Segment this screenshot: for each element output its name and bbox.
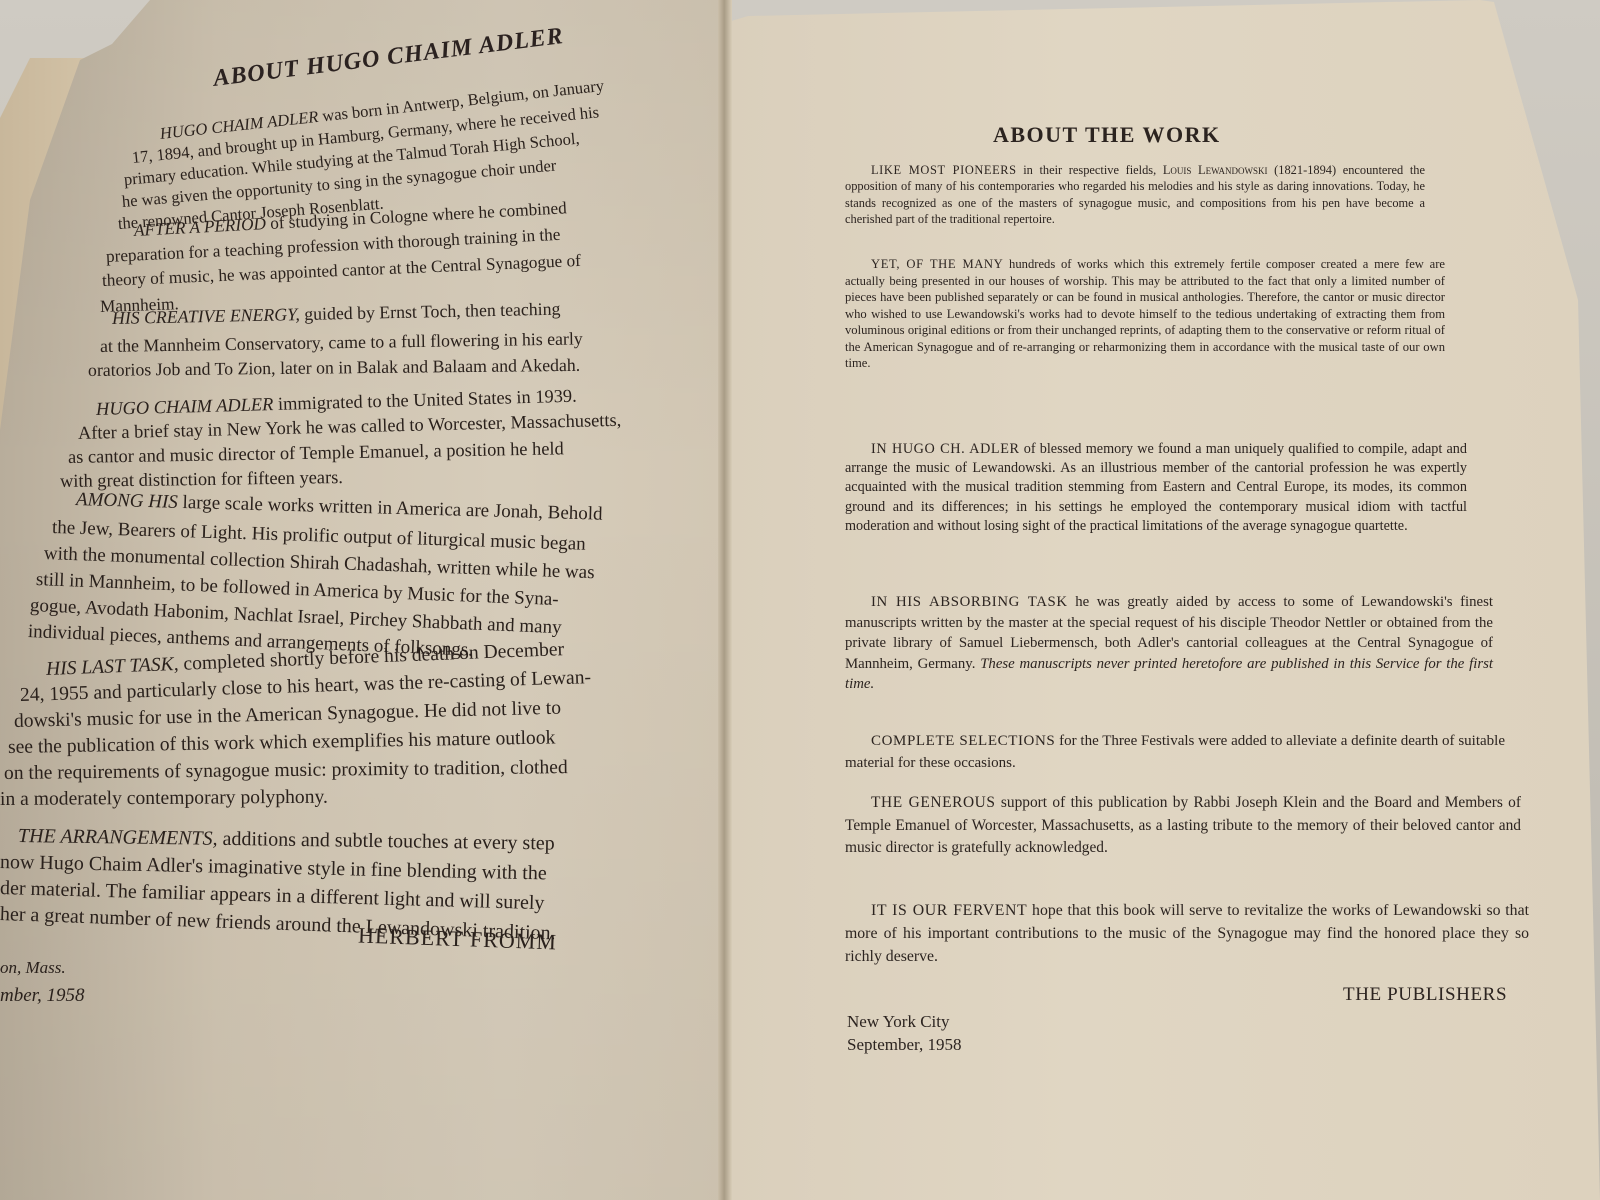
right-page-signature: THE PUBLISHERS <box>1343 984 1507 1006</box>
paragraph-lead: AMONG HIS <box>76 489 178 513</box>
text-line: HIS CREATIVE ENERGY, guided by Ernst Toc… <box>112 301 561 328</box>
paragraph-lead: HUGO CHAIM ADLER <box>96 394 274 419</box>
paragraph-lead: LIKE MOST PIONEERS <box>871 163 1017 177</box>
paragraph-lead: THE GENEROUS <box>871 794 996 811</box>
paragraph-lead: HIS LAST TASK, <box>46 654 179 680</box>
paragraph: COMPLETE SELECTIONS for the Three Festiv… <box>845 730 1505 774</box>
paragraph-lead: IT IS OUR FERVENT <box>871 902 1027 919</box>
paragraph-lead: THE ARRANGEMENTS, <box>18 825 218 850</box>
left-page-content: ABOUT HUGO CHAIM ADLER HUGO CHAIM ADLER … <box>0 0 722 1200</box>
paragraph-lead: YET, OF THE MANY <box>871 257 1003 271</box>
text-line: as cantor and music director of Temple E… <box>68 439 564 466</box>
text-line: on the requirements of synagogue music: … <box>4 758 568 783</box>
paragraph-lead: IN HUGO CH. ADLER <box>871 441 1020 457</box>
paragraph-lead: HIS CREATIVE ENERGY, <box>112 304 300 328</box>
paragraph: YET, OF THE MANY hundreds of works which… <box>845 256 1445 372</box>
right-page-place: New York City <box>847 1010 962 1033</box>
text-line: oratorios Job and To Zion, later on in B… <box>88 357 580 380</box>
paragraph: LIKE MOST PIONEERS in their respective f… <box>845 162 1425 228</box>
left-page-place: on, Mass. <box>0 958 66 978</box>
text-line: at the Mannheim Conservatory, came to a … <box>100 330 583 355</box>
paragraph: IN HIS ABSORBING TASK he was greatly aid… <box>845 592 1493 695</box>
paragraph-lead: COMPLETE SELECTIONS <box>871 733 1055 749</box>
paragraph: THE GENEROUS support of this publication… <box>845 792 1521 860</box>
right-page-title: ABOUT THE WORK <box>993 122 1221 148</box>
text-line: AMONG HIS large scale works written in A… <box>76 490 603 524</box>
right-page-date: September, 1958 <box>847 1033 962 1056</box>
left-page-title: ABOUT HUGO CHAIM ADLER <box>212 23 565 93</box>
paragraph: IT IS OUR FERVENT hope that this book wi… <box>845 900 1529 968</box>
left-page-signature: HERBERT FROMM <box>358 923 558 956</box>
left-page-date: mber, 1958 <box>0 985 84 1007</box>
text-line: in a moderately contemporary polyphony. <box>0 788 328 810</box>
paragraph-lead: IN HIS ABSORBING TASK <box>871 594 1068 610</box>
paragraph: IN HUGO CH. ADLER of blessed memory we f… <box>845 440 1467 536</box>
text-line: THE ARRANGEMENTS, additions and subtle t… <box>18 826 555 853</box>
text-line: with great distinction for fifteen years… <box>60 468 343 490</box>
text-line: see the publication of this work which e… <box>8 728 556 757</box>
right-page-place-date: New York City September, 1958 <box>847 1010 962 1056</box>
